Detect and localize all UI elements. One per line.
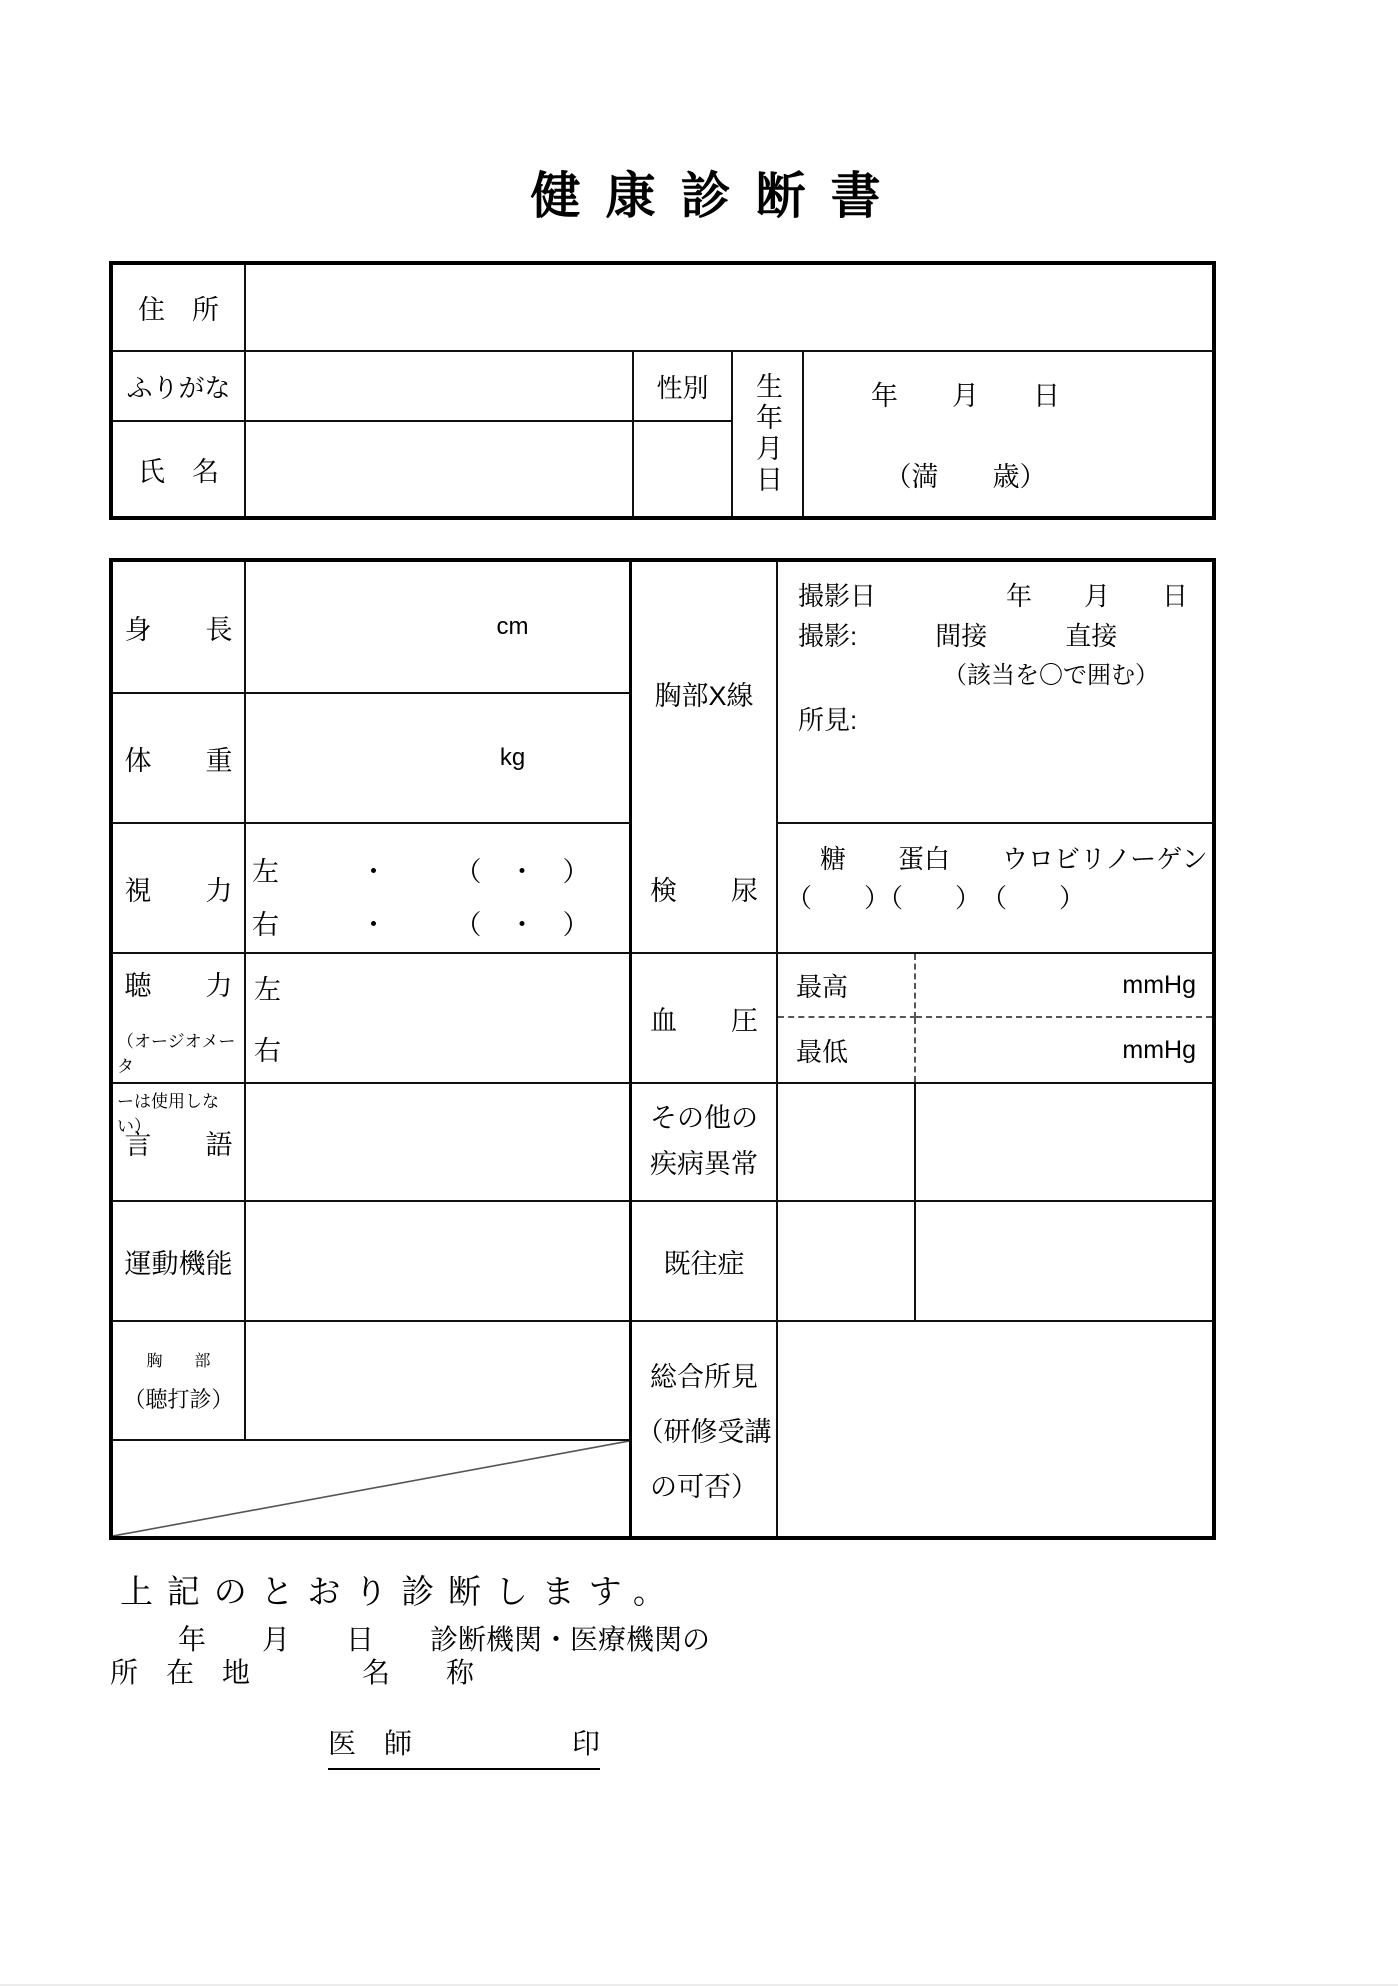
seal-label: 印 [572,1722,600,1762]
health-certificate-page: 健康診断書 住 所 ふりがな 性別 生年月日 年 月 日 （満 歳） 氏 名 身… [0,0,1398,1986]
history-label: 既往症 [632,1202,778,1322]
chest-label-cell: 胸 部 （聴打診） [113,1322,246,1441]
other-disease-label: その他の 疾病異常 [632,1084,778,1202]
birthdate-label-cell: 生年月日 [733,352,804,516]
birthdate-field[interactable]: 年 月 日 （満 歳） [804,352,1212,516]
name-label: 氏 名 [113,422,246,516]
bp-min-unit: mmHg [1122,1036,1196,1065]
bp-max-field[interactable]: mmHg [916,954,1212,1018]
bp-field-group: 最高 mmHg 最低 mmHg [778,954,1212,1084]
doctor-signature-line[interactable]: 医 師 印 [328,1722,600,1770]
chest-sub-label: （聴打診） [123,1383,233,1414]
xray-findings-label: 所見: [798,702,1212,738]
xray-circle-note: （該当を〇で囲む） [798,659,1212,693]
diagonal-strike-line [113,1441,629,1536]
vision-right-line: 右 ・ （ ・ ） [252,903,629,942]
language-label: 言 語 [113,1084,246,1202]
vision-label: 視 力 [113,824,246,954]
other-disease-field-right[interactable] [916,1084,1212,1202]
vision-field[interactable]: 左 ・ （ ・ ） 右 ・ （ ・ ） [246,824,632,954]
birthdate-label: 生年月日 [748,372,787,496]
hearing-label: 聴 力 [125,964,233,1003]
xray-label: 胸部X線 [632,562,778,824]
overall-findings-label: 総合所見 （研修受講 の可否） [632,1322,778,1536]
furigana-field[interactable] [246,352,634,422]
birthdate-ymd-line: 年 月 日 [804,374,1127,413]
sex-label: 性別 [634,352,733,422]
page-title: 健康診断書 [0,156,1398,228]
overall-findings-line1: 総合所見 [650,1355,758,1394]
hearing-note-line1: （オージオメータ [113,1027,244,1077]
urine-values-line: （ ）（ ） （ ） [786,879,1212,918]
hearing-left-line: 左 [254,968,629,1007]
xray-method-line: 撮影: 間接 直接 [798,618,1212,654]
chest-label: 胸 部 [146,1348,210,1371]
language-field[interactable] [246,1084,632,1202]
overall-findings-line3: の可否） [650,1465,758,1504]
bp-min-label: 最低 [778,1018,916,1082]
xray-date-line: 撮影日 年 月 日 [798,578,1212,614]
motor-function-label: 運動機能 [113,1202,246,1322]
bp-label: 血 圧 [632,954,778,1084]
hearing-label-cell: 聴 力 （オージオメータ ーは使用しない） [113,954,246,1084]
height-field[interactable]: cm [246,562,632,694]
urine-label: 検 尿 [632,824,778,954]
motor-function-field[interactable] [246,1202,632,1322]
xray-field[interactable]: 撮影日 年 月 日 撮影: 間接 直接 （該当を〇で囲む） 所見: [778,562,1212,824]
chest-field[interactable] [246,1322,632,1441]
struck-out-cell [113,1441,632,1536]
hearing-field[interactable]: 左 右 [246,954,632,1084]
name-field[interactable] [246,422,634,516]
history-field-left[interactable] [778,1202,916,1322]
height-unit: cm [347,613,529,641]
height-label: 身 長 [113,562,246,694]
other-disease-label-line2: 疾病異常 [650,1150,758,1180]
address-field[interactable] [246,265,1212,352]
closing-statement: 上記のとおり診断します。 [120,1566,680,1613]
history-field-right[interactable] [916,1202,1212,1322]
bp-max-label: 最高 [778,954,916,1018]
weight-field[interactable]: kg [246,694,632,824]
weight-label: 体 重 [113,694,246,824]
examination-table: 身 長 cm 胸部X線 撮影日 年 月 日 撮影: 間接 直接 （該当を〇で囲む… [109,558,1216,1540]
weight-unit: kg [350,744,525,772]
identity-table: 住 所 ふりがな 性別 生年月日 年 月 日 （満 歳） 氏 名 [109,261,1216,520]
vision-left-line: 左 ・ （ ・ ） [252,850,629,889]
birthdate-age-line: （満 歳） [804,455,1127,494]
address-label: 住 所 [113,265,246,352]
other-disease-label-line1: その他の [650,1104,758,1134]
bp-max-unit: mmHg [1122,971,1196,1000]
institution-address-line: 所 在 地 名 称 [110,1651,474,1691]
urine-field[interactable]: 糖 蛋白 ウロビリノーゲン （ ）（ ） （ ） [778,824,1212,954]
bp-min-field[interactable]: mmHg [916,1018,1212,1082]
urine-header: 糖 蛋白 ウロビリノーゲン [820,840,1212,879]
furigana-label: ふりがな [113,352,246,422]
overall-findings-line2: （研修受講 [637,1410,772,1449]
sex-field[interactable] [634,422,733,516]
overall-findings-field[interactable] [778,1322,1212,1536]
hearing-right-line: 右 [254,1029,629,1068]
other-disease-field-left[interactable] [778,1084,916,1202]
doctor-label: 医 師 [328,1722,412,1762]
